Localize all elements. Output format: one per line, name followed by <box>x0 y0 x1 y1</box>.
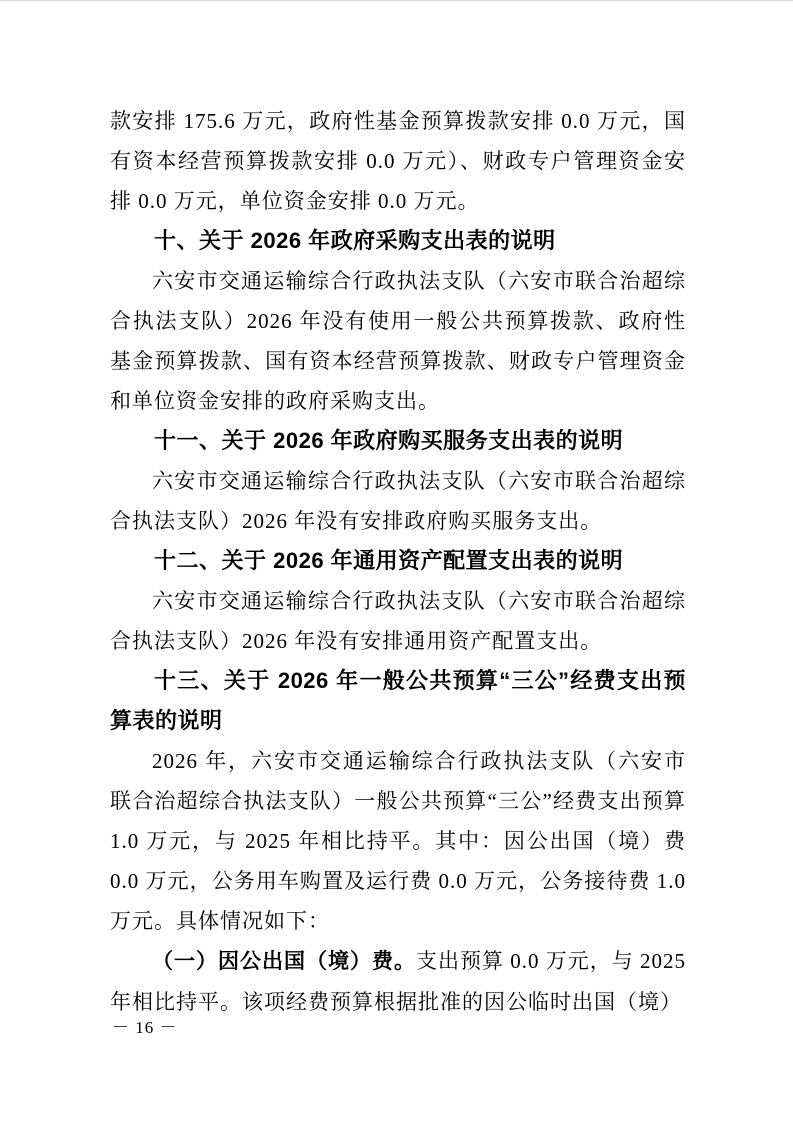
paragraph-section-11: 六安市交通运输综合行政执法支队（六安市联合治超综合执法支队）2026 年没有安排… <box>110 461 686 541</box>
heading-section-12: 十二、关于 2026 年通用资产配置支出表的说明 <box>110 541 686 581</box>
heading-section-11: 十一、关于 2026 年政府购买服务支出表的说明 <box>110 421 686 461</box>
document-page: 款安排 175.6 万元，政府性基金预算拨款安排 0.0 万元，国有资本经营预算… <box>0 0 793 1122</box>
paragraph-section-10: 六安市交通运输综合行政执法支队（六安市联合治超综合执法支队）2026 年没有使用… <box>110 261 686 421</box>
paragraph-carryover: 款安排 175.6 万元，政府性基金预算拨款安排 0.0 万元，国有资本经营预算… <box>110 101 686 221</box>
heading-section-13: 十三、关于 2026 年一般公共预算“三公”经费支出预算表的说明 <box>110 661 686 741</box>
paragraph-item-1: （一）因公出国（境）费。支出预算 0.0 万元，与 2025 年相比持平。该项经… <box>110 941 686 1022</box>
item-1-lead-label: （一）因公出国（境）费。 <box>152 950 416 973</box>
paragraph-section-12: 六安市交通运输综合行政执法支队（六安市联合治超综合执法支队）2026 年没有安排… <box>110 581 686 661</box>
page-number: － 16 － <box>112 1017 178 1039</box>
document-body: 款安排 175.6 万元，政府性基金预算拨款安排 0.0 万元，国有资本经营预算… <box>110 101 686 1022</box>
paragraph-section-13: 2026 年，六安市交通运输综合行政执法支队（六安市联合治超综合执法支队）一般公… <box>110 741 686 941</box>
heading-section-10: 十、关于 2026 年政府采购支出表的说明 <box>110 221 686 261</box>
